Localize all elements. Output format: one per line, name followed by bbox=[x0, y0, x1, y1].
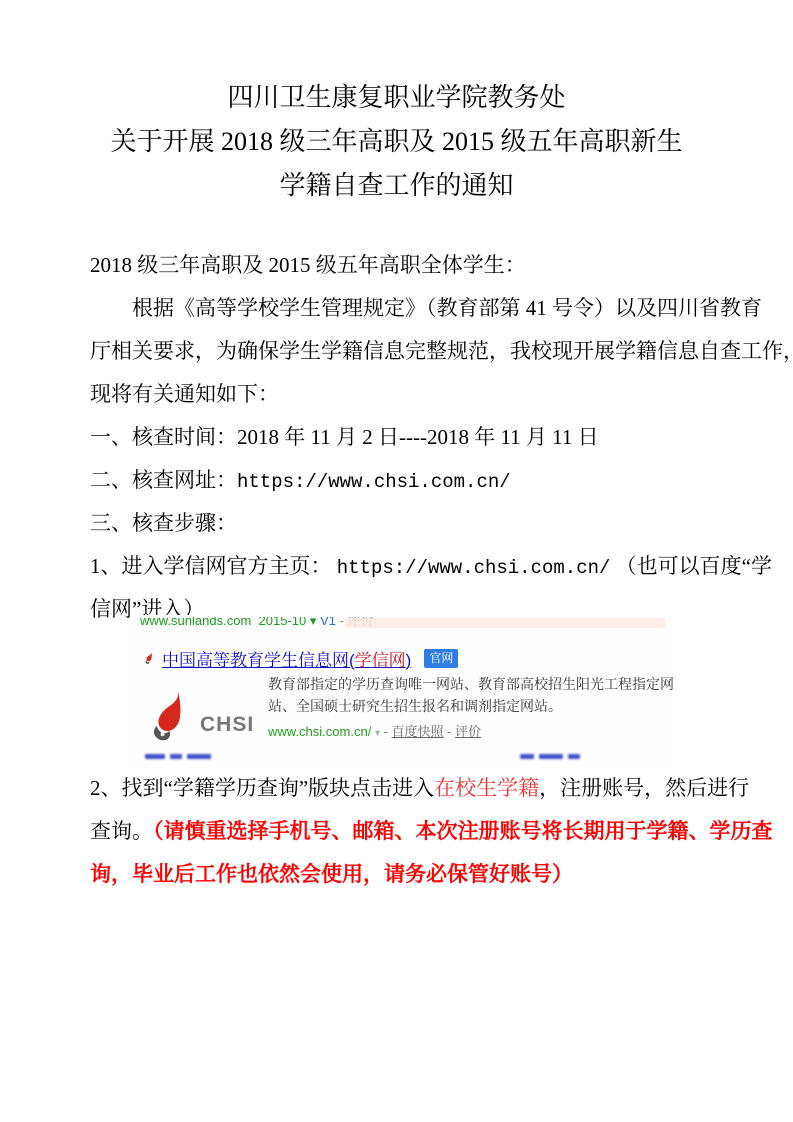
doc-title-line-2: 关于开展 2018 级三年高职及 2015 级五年高职新生 bbox=[0, 120, 793, 164]
body-paragraphs-bottom: 2、找到“学籍学历查询”版块点击进入在校生学籍，注册账号，然后进行查询。（请慎重… bbox=[90, 767, 723, 896]
body-line: 一、核查时间：2018 年 11 月 2 日----2018 年 11 月 11… bbox=[90, 416, 723, 459]
embedded-screenshot-baidu-result: www.sunlands.com 2015-10 ▾ V1 - 评价 中国高等教… bbox=[130, 615, 670, 767]
chsi-logo-bird-icon bbox=[145, 687, 197, 741]
text-run: 询，毕业后工作也依然会使用，请务必保管好账号） bbox=[90, 862, 573, 886]
body-paragraphs-top: 2018 级三年高职及 2015 级五年高职全体学生：根据《高等学校学生管理规定… bbox=[90, 244, 723, 631]
text-run: 二、核查网址： bbox=[90, 468, 237, 492]
body-line: 三、核查步骤： bbox=[90, 502, 723, 545]
result-url: www.chsi.com.cn/ bbox=[268, 724, 371, 739]
official-site-badge[interactable]: 官网 bbox=[424, 649, 458, 668]
body-line: 查询。（请慎重选择手机号、邮箱、本次注册账号将长期用于学籍、学历查 bbox=[90, 810, 723, 853]
baidu-snapshot-link[interactable]: 百度快照 bbox=[392, 724, 444, 739]
chsi-bird-icon bbox=[143, 650, 157, 667]
chevron-down-icon: ▾ bbox=[310, 617, 317, 628]
result-description-line-2: 站、全国硕士研究生招生报名和调剂指定网站。 bbox=[268, 696, 562, 716]
body-line: 1、进入学信网官方主页： https://www.chsi.com.cn/ （也… bbox=[90, 545, 723, 588]
cropped-next-result-fragment bbox=[520, 748, 585, 762]
search-result-title-link[interactable]: 中国高等教育学生信息网(学信网) bbox=[162, 646, 411, 671]
doc-title-line-3: 学籍自查工作的通知 bbox=[0, 164, 793, 208]
text-run: 1、进入学信网官方主页： bbox=[90, 554, 337, 578]
vote-icon: V1 bbox=[320, 617, 336, 628]
text-run: 根据《高等学校学生管理规定》（教育部第 41 号令）以及四川省教育 bbox=[132, 296, 762, 320]
text-run: 在校生学籍 bbox=[434, 776, 539, 800]
doc-title: 四川卫生康复职业学院教务处 关于开展 2018 级三年高职及 2015 级五年高… bbox=[0, 0, 793, 208]
text-run: ，注册账号，然后进行 bbox=[539, 776, 749, 800]
text-run: https://www.chsi.com.cn/ bbox=[337, 557, 611, 579]
cropped-url-text: www.sunlands.com bbox=[140, 617, 251, 628]
document-page: 四川卫生康复职业学院教务处 关于开展 2018 级三年高职及 2015 级五年高… bbox=[0, 0, 793, 1122]
text-run: https://www.chsi.com.cn/ bbox=[237, 471, 511, 493]
text-run: 现将有关通知如下： bbox=[90, 382, 279, 406]
text-run: 2、找到“学籍学历查询”版块点击进入 bbox=[90, 776, 434, 800]
text-run: （也可以百度“学 bbox=[610, 554, 772, 578]
result-description-line-1: 教育部指定的学历查询唯一网站、教育部高校招生阳光工程指定网 bbox=[268, 674, 674, 694]
body-line: 2、找到“学籍学历查询”版块点击进入在校生学籍，注册账号，然后进行 bbox=[90, 767, 723, 810]
body-line: 询，毕业后工作也依然会使用，请务必保管好账号） bbox=[90, 853, 723, 896]
doc-title-line-1: 四川卫生康复职业学院教务处 bbox=[0, 76, 793, 120]
body-line: 2018 级三年高职及 2015 级五年高职全体学生： bbox=[90, 244, 723, 287]
body-line: 根据《高等学校学生管理规定》（教育部第 41 号令）以及四川省教育 bbox=[90, 287, 723, 330]
text-run: 一、核查时间：2018 年 11 月 2 日----2018 年 11 月 11… bbox=[90, 425, 599, 449]
chsi-logo-text: CHSI bbox=[200, 713, 254, 737]
rate-link[interactable]: 评价 bbox=[455, 724, 481, 739]
keyword-highlight: 学信网 bbox=[355, 651, 406, 670]
chsi-logo: CHSI bbox=[145, 687, 254, 741]
text-run: 2018 级三年高职及 2015 级五年高职全体学生： bbox=[90, 253, 526, 277]
cropped-next-result-fragment bbox=[145, 748, 216, 762]
text-run: 三、核查步骤： bbox=[90, 511, 237, 535]
text-run: （请慎重选择手机号、邮箱、本次注册账号将长期用于学籍、学历查 bbox=[153, 819, 773, 843]
doc-body: 2018 级三年高职及 2015 级五年高职全体学生：根据《高等学校学生管理规定… bbox=[90, 244, 723, 896]
cropped-date-text: 2015-10 bbox=[259, 617, 307, 628]
cropped-highlight-band bbox=[345, 618, 665, 628]
text-run: 查询。 bbox=[90, 819, 153, 843]
body-line: 现将有关通知如下： bbox=[90, 373, 723, 416]
result-url-row: www.chsi.com.cn/ ▾ - 百度快照 - 评价 bbox=[268, 721, 481, 740]
body-line: 二、核查网址：https://www.chsi.com.cn/ bbox=[90, 459, 723, 502]
text-run: 厅相关要求，为确保学生学籍信息完整规范，我校现开展学籍信息自查工作， bbox=[90, 339, 793, 363]
search-result-title-row: 中国高等教育学生信息网(学信网) 官网 bbox=[143, 646, 458, 671]
body-line: 厅相关要求，为确保学生学籍信息完整规范，我校现开展学籍信息自查工作， bbox=[90, 330, 723, 373]
